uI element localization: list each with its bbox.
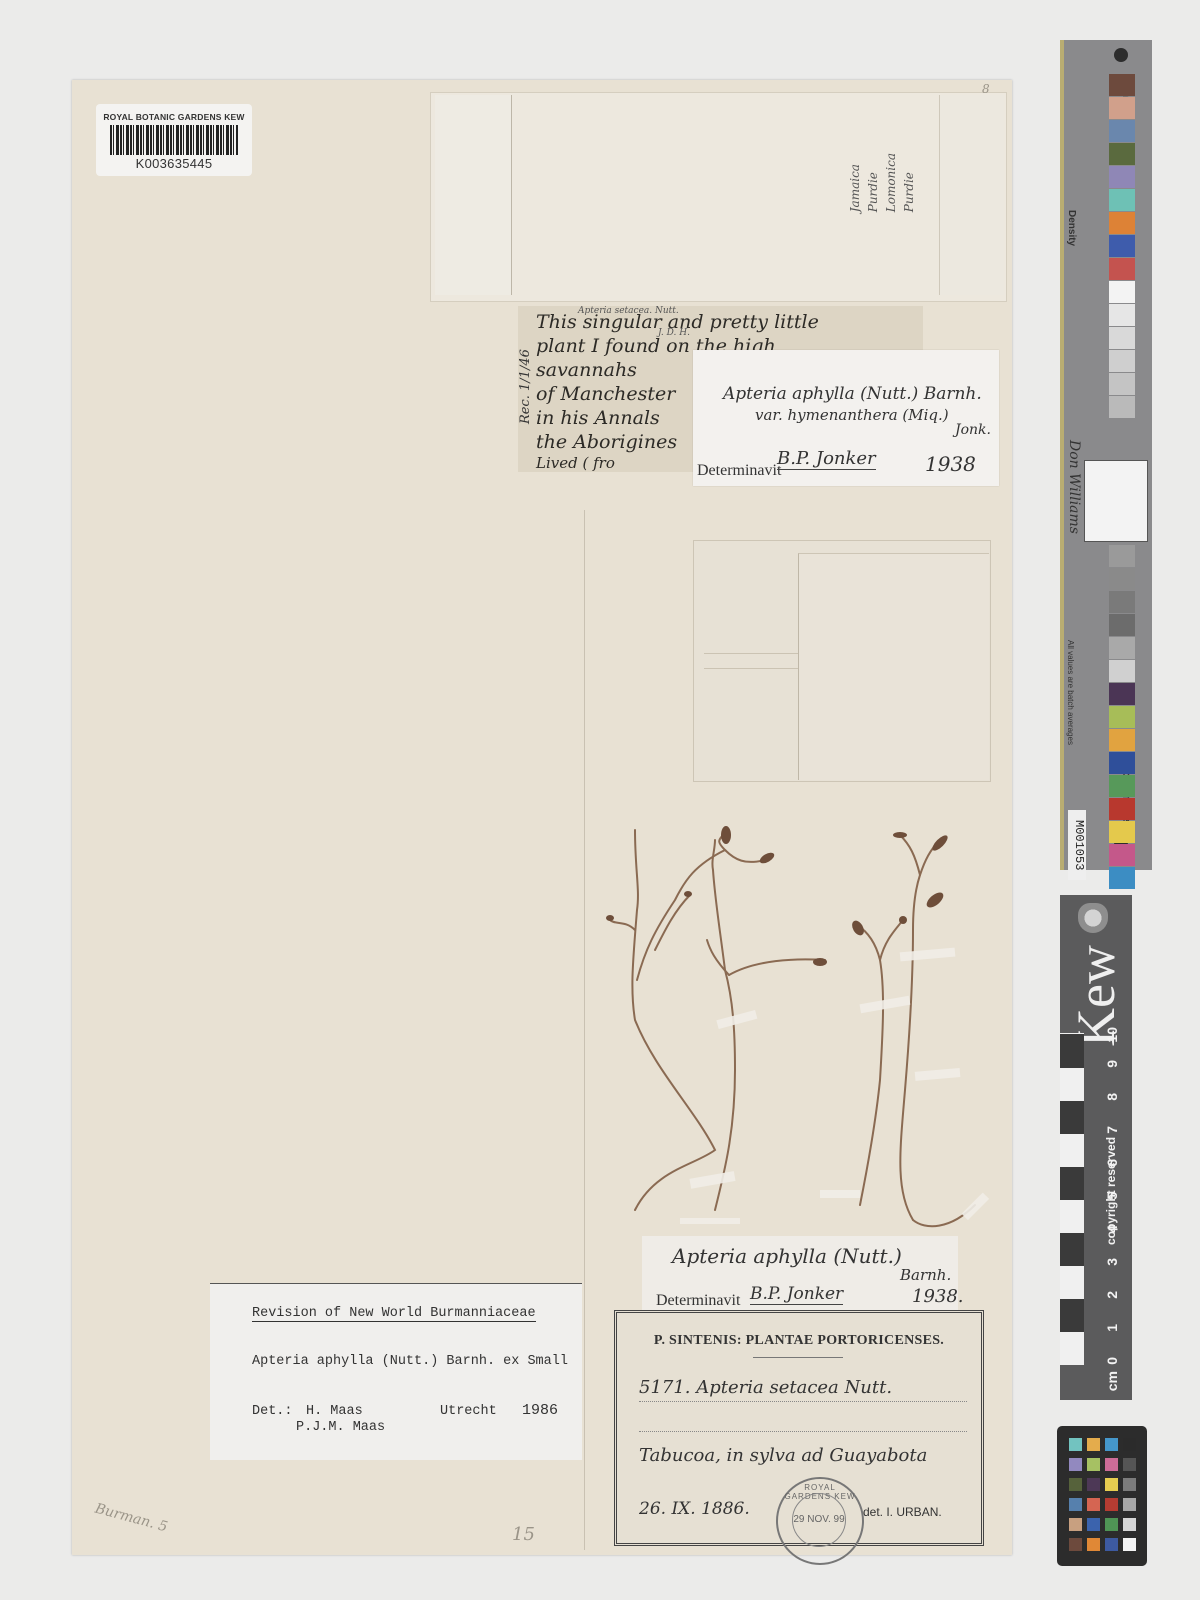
color-swatch xyxy=(1109,120,1135,142)
checker-swatch xyxy=(1123,1438,1136,1451)
dried-plant-specimen xyxy=(595,810,1015,1230)
collection-det: det. I. URBAN. xyxy=(863,1505,942,1519)
ruler-id: M001053 xyxy=(1068,810,1086,880)
checker-swatch xyxy=(1069,1438,1082,1451)
packet-flap xyxy=(798,553,989,780)
scale-tick-label: 1 xyxy=(1104,1324,1120,1332)
scale-segment xyxy=(1060,1231,1084,1266)
scale-tick-label: 0 xyxy=(1104,1357,1120,1365)
color-swatch xyxy=(1109,166,1135,188)
det1-name: Apteria aphylla (Nutt.) Barnh. xyxy=(723,384,982,404)
ruler-hole-icon xyxy=(1114,48,1128,62)
checker-swatch xyxy=(1069,1538,1082,1551)
checker-swatch xyxy=(1105,1538,1118,1551)
scale-tick-label: 9 xyxy=(1104,1060,1120,1068)
checker-swatch xyxy=(1105,1458,1118,1471)
color-swatch xyxy=(1109,258,1135,280)
checker-swatch xyxy=(1087,1518,1100,1531)
color-swatch xyxy=(1109,396,1135,418)
fragment-packet-top: Jamaica Purdie Lomonica Purdie xyxy=(430,92,1007,302)
checker-swatch xyxy=(1123,1538,1136,1551)
color-swatch xyxy=(1109,373,1135,395)
checker-swatch xyxy=(1087,1538,1100,1551)
revision-determiner-1: H. Maas xyxy=(306,1404,363,1419)
scale-segment xyxy=(1060,1198,1084,1233)
title-divider xyxy=(753,1357,843,1358)
color-swatch xyxy=(1109,591,1135,613)
revision-label: Revision of New World Burmanniaceae Apte… xyxy=(210,1283,582,1460)
pencil-note-number: 15 xyxy=(512,1524,535,1545)
color-swatch xyxy=(1109,350,1135,372)
det1-variety: var. hymenanthera (Miq.) xyxy=(755,406,949,424)
barcode-number: K003635445 xyxy=(96,156,252,171)
checker-swatch xyxy=(1069,1498,1082,1511)
color-swatch xyxy=(1109,74,1135,96)
checker-swatch xyxy=(1087,1458,1100,1471)
det1-year: 1938 xyxy=(925,452,976,476)
scale-segment xyxy=(1060,1165,1084,1200)
sheet-fold-line xyxy=(584,510,585,1550)
checker-swatch xyxy=(1087,1498,1100,1511)
color-swatch xyxy=(1109,775,1135,797)
scale-segment xyxy=(1060,1099,1084,1134)
color-swatch xyxy=(1109,189,1135,211)
determination-slip-1: Apteria aphylla (Nutt.) Barnh. var. hyme… xyxy=(693,350,999,486)
barcode-label: ROYAL BOTANIC GARDENS KEW K003635445 xyxy=(96,104,252,176)
checker-swatch xyxy=(1069,1518,1082,1531)
packet-handwritten-note: Jamaica Purdie Lomonica Purdie xyxy=(846,153,918,212)
scale-segment xyxy=(1060,1330,1084,1365)
kew-stamp-icon: ROYAL GARDENS KEW 29 NOV. 99 xyxy=(776,1477,864,1565)
collection-number-taxon: 5171. Apteria setacea Nutt. xyxy=(639,1377,892,1398)
det1-author: Jonk. xyxy=(955,422,991,438)
revision-taxon: Apteria aphylla (Nutt.) Barnh. ex Small xyxy=(252,1354,568,1369)
det2-author: Barnh. xyxy=(900,1266,951,1284)
packet-flap-right xyxy=(939,95,1004,295)
fragment-packet-middle xyxy=(693,540,991,782)
checker-swatch xyxy=(1105,1478,1118,1491)
checker-swatch xyxy=(1123,1478,1136,1491)
scale-segment xyxy=(1060,1297,1084,1332)
det1-determiner-signature: B.P. Jonker xyxy=(777,448,876,470)
collection-date: 26. IX. 1886. xyxy=(639,1499,750,1519)
packet-fold xyxy=(704,653,798,669)
copyright-text: copyright reserved xyxy=(1104,1045,1118,1245)
scale-segment xyxy=(1060,1132,1084,1167)
scale-tick-label: 10 xyxy=(1104,1027,1120,1043)
color-swatch xyxy=(1109,706,1135,728)
color-checker-card xyxy=(1057,1426,1147,1566)
scale-segment xyxy=(1060,1264,1084,1299)
scale-segment xyxy=(1060,1033,1084,1068)
checker-swatch xyxy=(1069,1478,1082,1491)
color-swatch xyxy=(1109,660,1135,682)
ruler-brand: Don Williams xyxy=(1066,440,1082,534)
color-swatch xyxy=(1109,304,1135,326)
color-swatch xyxy=(1109,844,1135,866)
scale-tick-label: 4 xyxy=(1104,1225,1120,1233)
resolution-target xyxy=(1084,460,1148,542)
revision-heading: Revision of New World Burmanniaceae xyxy=(252,1306,536,1322)
density-label: Density xyxy=(1066,210,1077,246)
checker-swatch xyxy=(1123,1498,1136,1511)
scale-tick-label: 8 xyxy=(1104,1093,1120,1101)
color-swatch xyxy=(1109,867,1135,889)
institution-name: ROYAL BOTANIC GARDENS KEW xyxy=(96,112,252,122)
checker-swatch xyxy=(1069,1458,1082,1471)
unit-label: cm xyxy=(1104,1371,1120,1391)
revision-determiner-2: P.J.M. Maas xyxy=(296,1420,385,1435)
scale-tick-label: 2 xyxy=(1104,1291,1120,1299)
checker-swatch xyxy=(1123,1458,1136,1471)
ruler-footnote: All values are batch averages xyxy=(1066,640,1075,745)
determination-slip-2: Apteria aphylla (Nutt.) Barnh. Determina… xyxy=(642,1236,958,1312)
packet-flap-left xyxy=(435,95,512,295)
scale-tick-label: 7 xyxy=(1104,1126,1120,1134)
color-swatch xyxy=(1109,683,1135,705)
color-swatch xyxy=(1109,752,1135,774)
color-swatch xyxy=(1109,798,1135,820)
det2-year: 1938. xyxy=(912,1286,964,1307)
det2-determinavit: Determinavit xyxy=(656,1292,740,1310)
det2-determiner-signature: B.P. Jonker xyxy=(750,1284,843,1305)
color-swatch xyxy=(1109,729,1135,751)
checker-swatch xyxy=(1087,1478,1100,1491)
color-swatch xyxy=(1109,614,1135,636)
collection-locality: Tabucoa, in sylva ad Guayabota xyxy=(639,1445,927,1466)
scale-tick-label: 3 xyxy=(1104,1258,1120,1266)
det1-determinavit: Determinavit xyxy=(697,462,781,480)
scale-tick-label: 5 xyxy=(1104,1192,1120,1200)
revision-place: Utrecht xyxy=(440,1404,497,1419)
collection-title: P. SINTENIS: PLANTAE PORTORICENSES. xyxy=(617,1333,981,1349)
color-swatch xyxy=(1109,568,1135,590)
scale-segment xyxy=(1060,1066,1084,1101)
kew-crest-icon xyxy=(1078,903,1108,933)
color-swatch xyxy=(1109,637,1135,659)
revision-det-prefix: Det.: xyxy=(252,1404,293,1419)
letter-annotation: Apteria setacea. Nutt. xyxy=(578,306,679,316)
color-swatch xyxy=(1109,281,1135,303)
checker-swatch xyxy=(1105,1438,1118,1451)
pencil-note-top-right: 8 xyxy=(982,82,990,96)
checker-swatch xyxy=(1105,1518,1118,1531)
kew-scale-bar: Kew copyright reserved cm 012345678910 xyxy=(1060,895,1132,1400)
color-swatch xyxy=(1109,821,1135,843)
det2-name: Apteria aphylla (Nutt.) xyxy=(672,1244,902,1268)
color-swatch xyxy=(1109,212,1135,234)
letter-initials: J. D. H. xyxy=(658,328,690,338)
color-swatch xyxy=(1109,97,1135,119)
revision-year: 1986 xyxy=(522,1402,558,1419)
color-swatch xyxy=(1109,327,1135,349)
color-swatch xyxy=(1109,143,1135,165)
letter-margin-note: Rec. 1/1/46 xyxy=(518,314,533,424)
checker-swatch xyxy=(1105,1498,1118,1511)
color-reference-ruler: inches Density Don Williams All values a… xyxy=(1060,40,1152,870)
color-swatch xyxy=(1109,235,1135,257)
stamp-date: 29 NOV. 99 xyxy=(792,1493,846,1547)
checker-swatch xyxy=(1123,1518,1136,1531)
barcode-icon xyxy=(110,125,238,155)
color-swatch xyxy=(1109,545,1135,567)
checker-swatch xyxy=(1087,1438,1100,1451)
scale-tick-label: 6 xyxy=(1104,1159,1120,1167)
